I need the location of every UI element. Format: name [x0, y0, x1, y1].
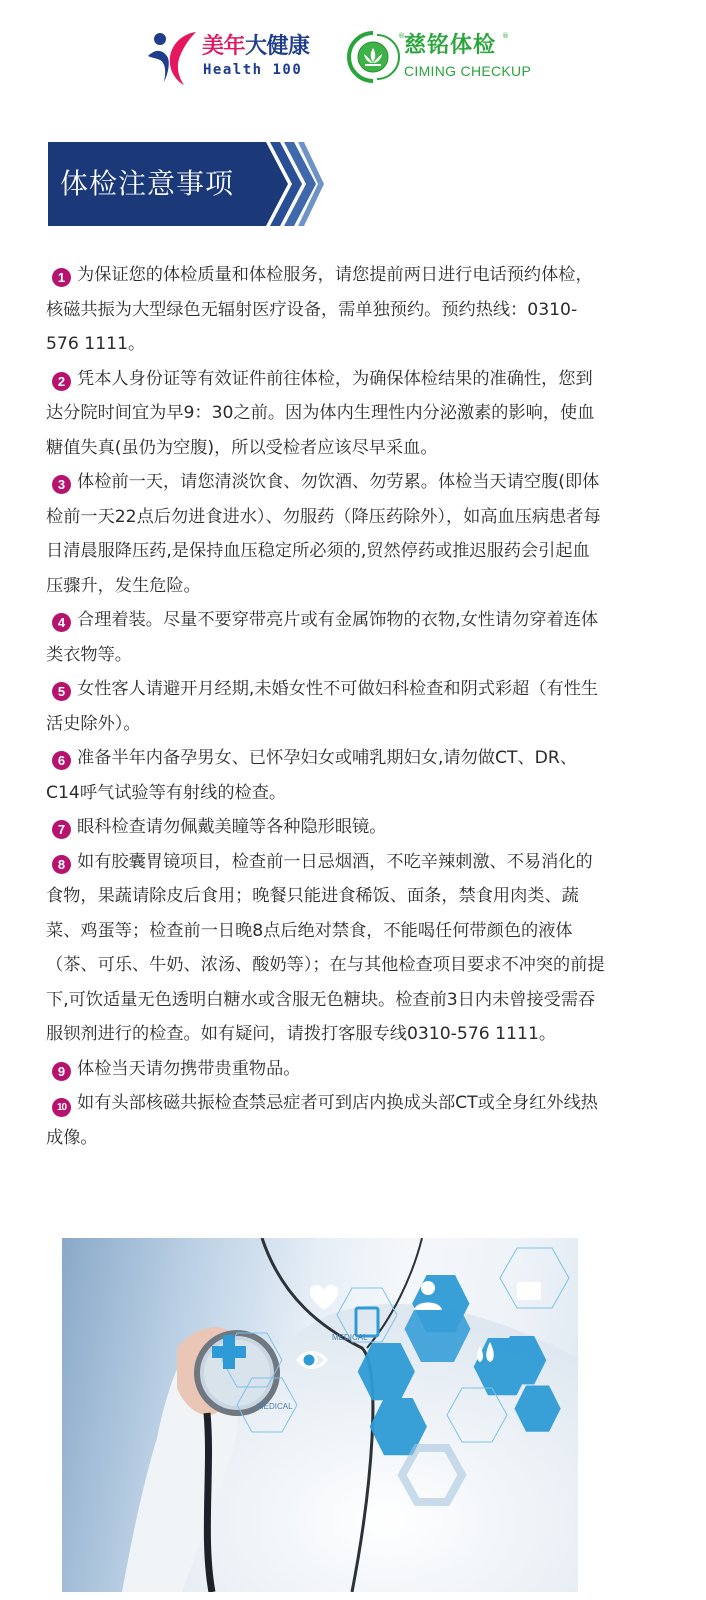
health100-name-cn: 美年大健康 [202, 34, 310, 60]
notice-text: 女性客人请避开月经期,未婚女性不可做妇科检查和阴式彩超（有性生活史除外）。 [46, 679, 598, 734]
number-badge: 5 [52, 682, 71, 701]
health100-name-part1: 美年 [202, 34, 245, 59]
notice-text: 体检当天请勿携带贵重物品。 [77, 1059, 300, 1079]
section-banner: 体检注意事项 [48, 142, 320, 226]
number-badge: 2 [52, 372, 71, 391]
health100-name-en: Health 100 [203, 62, 302, 78]
number-badge: 7 [52, 820, 71, 839]
notice-item: 5女性客人请避开月经期,未婚女性不可做妇科检查和阴式彩超（有性生活史除外）。 [46, 672, 606, 741]
notice-item: 7眼科检查请勿佩戴美瞳等各种隐形眼镜。 [46, 810, 606, 845]
number-badge: 8 [52, 855, 71, 874]
number-badge: 4 [52, 613, 71, 632]
notice-text: 为保证您的体检质量和体检服务，请您提前两日进行电话预约体检，核磁共振为大型绿色无… [46, 265, 593, 354]
notice-list: 1为保证您的体检质量和体检服务，请您提前两日进行电话预约体检，核磁共振为大型绿色… [46, 258, 606, 1155]
number-badge: 1 [52, 268, 71, 287]
hex-label: MEDICAL [257, 1402, 293, 1411]
doctor-stethoscope-illustration: MEDICAL MEDICAL [62, 1238, 578, 1592]
page-title: 体检注意事项 [60, 164, 234, 204]
registered-mark: ® [502, 32, 509, 40]
notice-text: 眼科检查请勿佩戴美瞳等各种隐形眼镜。 [77, 817, 386, 837]
notice-text: 如有胶囊胃镜项目，检查前一日忌烟酒，不吃辛辣刺激、不易消化的食物，果蔬请除皮后食… [46, 852, 605, 1045]
number-badge: 9 [52, 1062, 71, 1081]
heart-icon [310, 1285, 338, 1310]
notice-item: 8如有胶囊胃镜项目，检查前一日忌烟酒，不吃辛辣刺激、不易消化的食物，果蔬请除皮后… [46, 845, 606, 1052]
registered-mark: ® [398, 32, 405, 40]
notice-text: 准备半年内备孕男女、已怀孕妇女或哺乳期妇女,请勿做CT、DR、C14呼气试验等有… [46, 748, 577, 803]
number-badge: 6 [52, 751, 71, 770]
notice-text: 凭本人身份证等有效证件前往体检，为确保体检结果的准确性，您到达分院时间宜为早9：… [46, 369, 594, 458]
health100-figure-icon [146, 30, 198, 86]
health100-logo: 美年大健康 Health 100 [146, 28, 326, 88]
notice-item: 9体检当天请勿携带贵重物品。 [46, 1052, 606, 1087]
ciming-lotus-icon [346, 30, 400, 84]
ciming-logo: 慈铭体检 ® ® CIMING CHECKUP [346, 28, 546, 88]
ciming-name-cn: 慈铭体检 [404, 32, 496, 58]
notice-text: 如有头部核磁共振检查禁忌症者可到店内换成头部CT或全身红外线热成像。 [46, 1093, 598, 1148]
medical-illustration: MEDICAL MEDICAL [62, 1238, 578, 1592]
ciming-name-en: CIMING CHECKUP [404, 63, 531, 79]
notice-text: 体检前一天，请您清淡饮食、勿饮酒、勿劳累。体检当天请空腹(即体检前一天22点后勿… [46, 472, 601, 596]
logo-bar: 美年大健康 Health 100 慈铭体检 ® ® CIMING CHECKUP [0, 28, 706, 88]
number-badge: 10 [52, 1098, 71, 1117]
notice-item: 1为保证您的体检质量和体检服务，请您提前两日进行电话预约体检，核磁共振为大型绿色… [46, 258, 606, 362]
notice-text: 合理着装。尽量不要穿带亮片或有金属饰物的衣物,女性请勿穿着连体类衣物等。 [46, 610, 598, 665]
notice-item: 3体检前一天，请您清淡饮食、勿饮酒、勿劳累。体检当天请空腹(即体检前一天22点后… [46, 465, 606, 603]
number-badge: 3 [52, 475, 71, 494]
notice-item: 10如有头部核磁共振检查禁忌症者可到店内换成头部CT或全身红外线热成像。 [46, 1086, 606, 1155]
hex-label: MEDICAL [332, 1333, 368, 1342]
notice-item: 2凭本人身份证等有效证件前往体检，为确保体检结果的准确性，您到达分院时间宜为早9… [46, 362, 606, 466]
triple-chevron-right-icon [244, 142, 324, 226]
notice-item: 6准备半年内备孕男女、已怀孕妇女或哺乳期妇女,请勿做CT、DR、C14呼气试验等… [46, 741, 606, 810]
notice-item: 4合理着装。尽量不要穿带亮片或有金属饰物的衣物,女性请勿穿着连体类衣物等。 [46, 603, 606, 672]
health100-name-part2: 大健康 [245, 34, 310, 59]
